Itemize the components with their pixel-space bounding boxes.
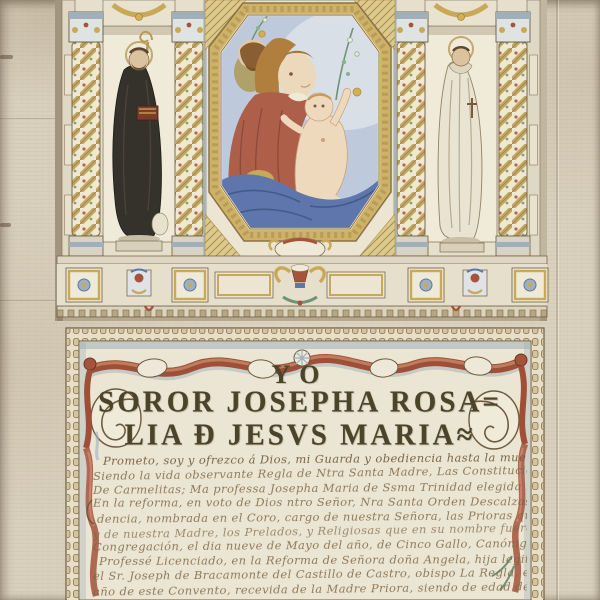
solomonic-column [394, 12, 428, 256]
retablo-altarpiece [55, 0, 548, 321]
bead-molding-top [67, 329, 543, 341]
scroll-cartouche [127, 270, 151, 297]
scroll-cartouche [463, 270, 487, 297]
rosette-panel [408, 268, 444, 302]
title-line-soror-josepha: SOROR JOSEPHA ROSA= [80, 385, 520, 420]
handwritten-body-text: Prometo, soy y ofrezco á Dios, mi Guarda… [93, 452, 527, 600]
solomonic-column [496, 12, 530, 256]
bead-molding-right [531, 329, 543, 600]
niche-lintel-right [425, 0, 497, 26]
rosette-panel [66, 268, 102, 302]
title-line-de-jesus-maria: LIA Đ JESVS MARIA≈ [80, 418, 520, 453]
solomonic-column [172, 12, 206, 256]
gold-orb-icon [353, 88, 361, 96]
bead-molding-left [67, 329, 79, 600]
solomonic-column [69, 12, 103, 256]
rosette-panel [512, 268, 548, 302]
predella-base [57, 256, 548, 321]
manuscript-page: YO SOROR JOSEPHA ROSA= LIA Đ JESVS MARIA… [0, 0, 600, 600]
niche-lintel-left [103, 0, 175, 26]
virgin-and-child-medallion [203, 0, 415, 260]
rosette-panel [172, 268, 208, 302]
